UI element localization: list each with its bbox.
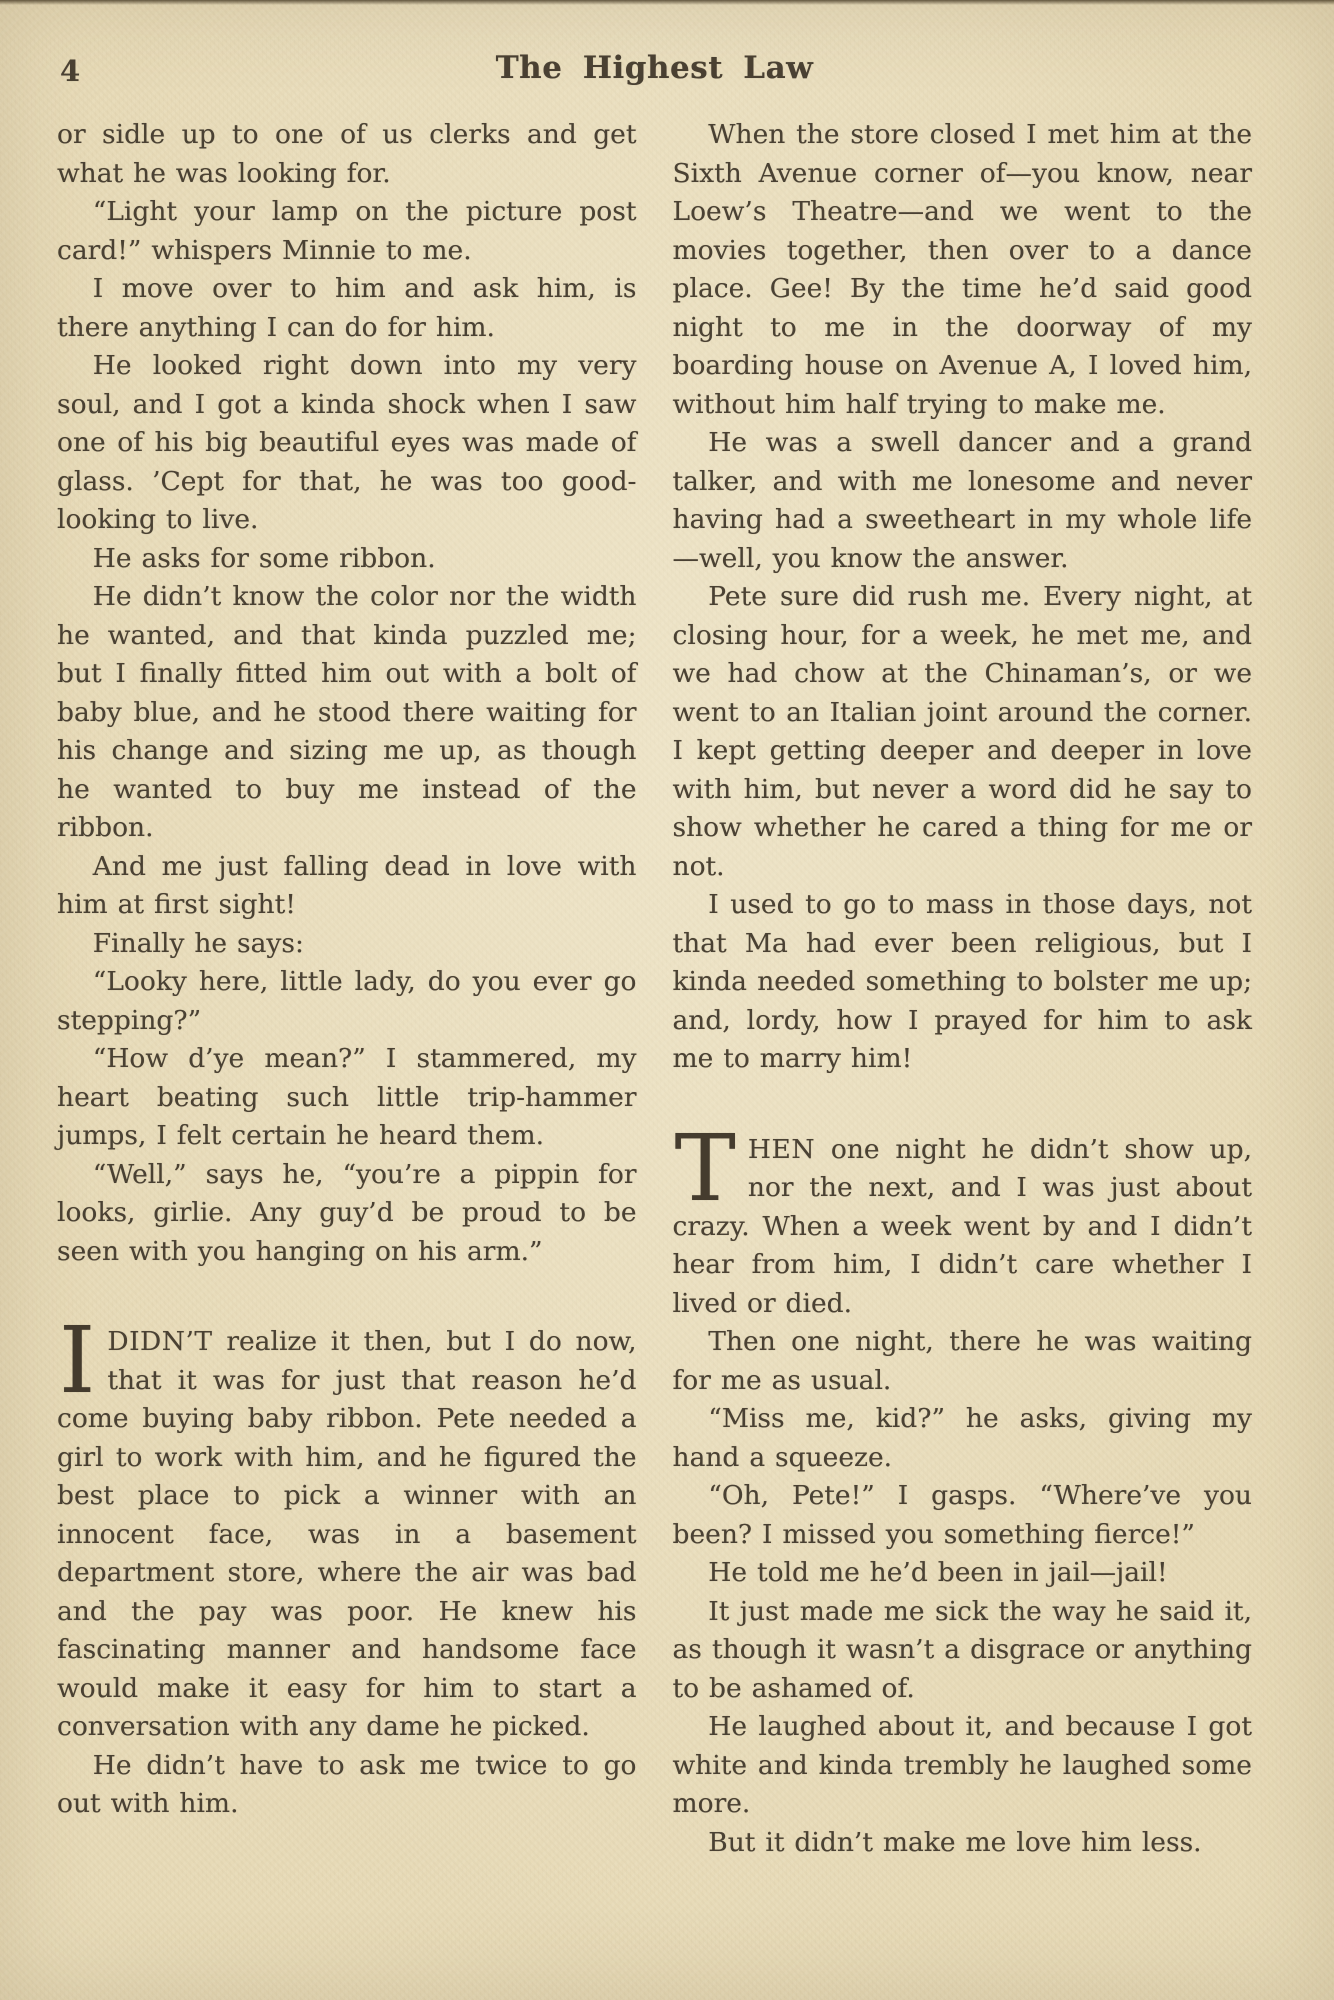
drop-cap-letter: I (57, 1323, 107, 1397)
paragraph: “How d’ye mean?” I stammered, my heart b… (57, 1040, 637, 1156)
right-column: When the store closed I met him at the S… (673, 116, 1253, 1862)
scanned-book-page: 4 The Highest Law or sidle up to one of … (0, 0, 1334, 2000)
paragraph: Pete sure did rush me. Every night, at c… (673, 578, 1253, 886)
text-columns: or sidle up to one of us clerks and get … (57, 116, 1252, 1862)
page-number: 4 (60, 54, 81, 88)
paragraph: He laughed about it, and because I got w… (673, 1708, 1253, 1824)
paragraph: But it didn’t make me love him less. (673, 1824, 1253, 1863)
paragraph: I move over to him and ask him, is there… (57, 270, 637, 347)
page-header: 4 The Highest Law (57, 50, 1252, 94)
paragraph: I used to go to mass in those days, not … (673, 886, 1253, 1079)
paragraph: Finally he says: (57, 925, 637, 964)
paragraph: He looked right down into my very soul, … (57, 347, 637, 540)
paragraph: He didn’t know the color nor the width h… (57, 578, 637, 848)
lead-word: DIDN’T (107, 1326, 212, 1357)
paragraph: And me just falling dead in love with hi… (57, 848, 637, 925)
paragraph: When the store closed I met him at the S… (673, 116, 1253, 424)
paragraph: “Looky here, little lady, do you ever go… (57, 963, 637, 1040)
drop-cap-letter: T (673, 1131, 748, 1205)
paragraph: He told me he’d been in jail—jail! (673, 1554, 1253, 1593)
dropcap-paragraph: THEN one night he didn’t show up, nor th… (673, 1131, 1253, 1324)
paragraph: It just made me sick the way he said it,… (673, 1593, 1253, 1709)
paragraph: Then one night, there he was waiting for… (673, 1323, 1253, 1400)
left-column: or sidle up to one of us clerks and get … (57, 116, 637, 1862)
paragraph: or sidle up to one of us clerks and get … (57, 116, 637, 193)
page-title: The Highest Law (57, 50, 1252, 86)
dropcap-paragraph: IDIDN’T realize it then, but I do now, t… (57, 1323, 637, 1747)
paragraph: He asks for some ribbon. (57, 540, 637, 579)
paragraph: “Well,” says he, “you’re a pippin for lo… (57, 1156, 637, 1272)
paragraph: “Oh, Pete!” I gasps. “Where’ve you been?… (673, 1477, 1253, 1554)
paragraph: “Miss me, kid?” he asks, giving my hand … (673, 1400, 1253, 1477)
paragraph: He was a swell dancer and a grand talker… (673, 424, 1253, 578)
paragraph: “Light your lamp on the picture post car… (57, 193, 637, 270)
paragraph: He didn’t have to ask me twice to go out… (57, 1747, 637, 1824)
lead-word: HEN (748, 1134, 815, 1165)
